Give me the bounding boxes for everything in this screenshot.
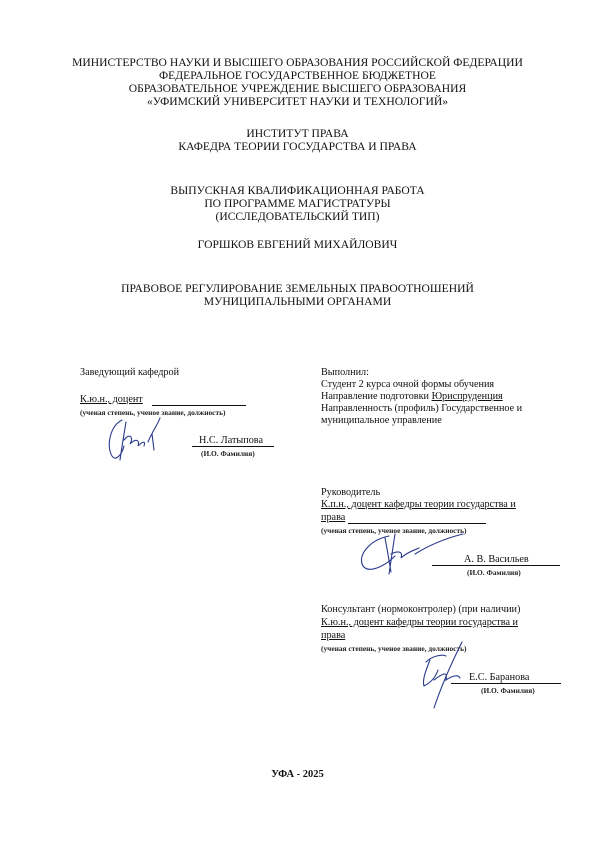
supervisor-degree-line-2: права bbox=[321, 512, 345, 524]
consultant-label: Консультант (нормоконтролер) (при наличи… bbox=[321, 604, 520, 616]
work-type-line-1: ВЫПУСКНАЯ КВАЛИФИКАЦИОННАЯ РАБОТА bbox=[0, 184, 595, 197]
consultant-degree-line-2: права bbox=[321, 630, 345, 642]
head-of-department-label: Заведующий кафедрой bbox=[80, 367, 179, 379]
institute-name: ИНСТИТУТ ПРАВА bbox=[0, 127, 595, 140]
consultant-name-caption: (И.О. Фамилия) bbox=[481, 686, 535, 695]
head-signature-icon bbox=[104, 416, 164, 462]
head-degree: К.ю.н., доцент bbox=[80, 394, 143, 406]
head-name-caption: (И.О. Фамилия) bbox=[201, 449, 255, 458]
title-page: МИНИСТЕРСТВО НАУКИ И ВЫСШЕГО ОБРАЗОВАНИЯ… bbox=[0, 0, 595, 842]
direction-label: Направление подготовки bbox=[321, 391, 429, 402]
profile-line-1: Направленность (профиль) Государственное… bbox=[321, 403, 522, 415]
direction-row: Направление подготовки Юриспруденция bbox=[321, 391, 503, 403]
author-name: ГОРШКОВ ЕВГЕНИЙ МИХАЙЛОВИЧ bbox=[0, 238, 595, 251]
profile-line-2: муниципальное управление bbox=[321, 415, 442, 427]
city-year: УФА - 2025 bbox=[0, 768, 595, 781]
head-degree-line bbox=[152, 405, 246, 406]
direction-value: Юриспруденция bbox=[432, 391, 503, 402]
supervisor-signature-icon bbox=[355, 530, 465, 578]
head-name-line bbox=[192, 446, 274, 447]
work-type-line-2: ПО ПРОГРАММЕ МАГИСТРАТУРЫ bbox=[0, 197, 595, 210]
consultant-degree-line-1: К.ю.н., доцент кафедры теории государств… bbox=[321, 617, 518, 629]
consultant-signature-icon bbox=[412, 640, 472, 710]
institution-type-line-2: ОБРАЗОВАТЕЛЬНОЕ УЧРЕЖДЕНИЕ ВЫСШЕГО ОБРАЗ… bbox=[0, 82, 595, 95]
consultant-name-line bbox=[451, 683, 561, 684]
performer-label: Выполнил: bbox=[321, 367, 369, 379]
department-name: КАФЕДРА ТЕОРИИ ГОСУДАРСТВА И ПРАВА bbox=[0, 140, 595, 153]
institution-type-line-1: ФЕДЕРАЛЬНОЕ ГОСУДАРСТВЕННОЕ БЮДЖЕТНОЕ bbox=[0, 69, 595, 82]
supervisor-name-caption: (И.О. Фамилия) bbox=[467, 568, 521, 577]
supervisor-label: Руководитель bbox=[321, 487, 380, 499]
supervisor-degree-line-1: К.п.н., доцент кафедры теории государств… bbox=[321, 499, 516, 511]
work-type-line-3: (ИССЛЕДОВАТЕЛЬСКИЙ ТИП) bbox=[0, 210, 595, 223]
supervisor-degree-line bbox=[348, 523, 486, 524]
ministry-line: МИНИСТЕРСТВО НАУКИ И ВЫСШЕГО ОБРАЗОВАНИЯ… bbox=[0, 56, 595, 69]
thesis-title-line-2: МУНИЦИПАЛЬНЫМИ ОРГАНАМИ bbox=[0, 295, 595, 308]
student-info: Студент 2 курса очной формы обучения bbox=[321, 379, 494, 391]
thesis-title-line-1: ПРАВОВОЕ РЕГУЛИРОВАНИЕ ЗЕМЕЛЬНЫХ ПРАВООТ… bbox=[0, 282, 595, 295]
supervisor-name-line bbox=[432, 565, 560, 566]
university-name: «УФИМСКИЙ УНИВЕРСИТЕТ НАУКИ И ТЕХНОЛОГИЙ… bbox=[0, 95, 595, 108]
